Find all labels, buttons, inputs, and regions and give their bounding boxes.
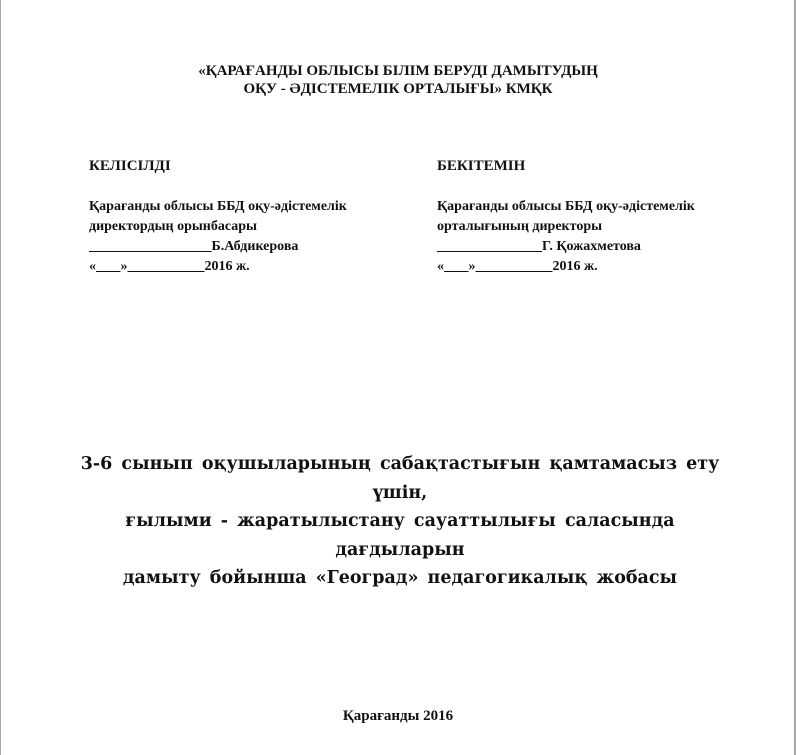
agreed-date-line: « » 2016 ж. [89,257,399,277]
footer-place-year: Қарағанды 2016 [0,708,796,725]
agreed-org-line-2: директордың орынбасары [89,217,399,237]
approved-signer-name: Г. Қожахметова [542,239,641,254]
approved-org-line-1: Қарағанды облысы ББД оқу-әдістемелік [437,197,747,217]
agreed-month-blank [128,259,205,274]
date-open-quote: « [89,259,96,274]
agreed-signature-blank [89,239,212,254]
approved-date-line: « » 2016 ж. [437,257,747,277]
project-title-line-1: 3-6 сынып оқушыларының сабақтастығын қам… [60,450,740,507]
approved-title: БЕКІТЕМІН [437,156,747,176]
project-title: 3-6 сынып оқушыларының сабақтастығын қам… [60,450,740,593]
approved-year: 2016 ж. [553,259,598,274]
agreed-signature-line: Б.Абдикерова [89,237,399,257]
date-open-quote: « [437,259,444,274]
agreed-day-blank [96,259,121,274]
approved-month-blank [476,259,553,274]
organization-header: «ҚАРАҒАНДЫ ОБЛЫСЫ БІЛІМ БЕРУДІ ДАМЫТУДЫҢ… [0,62,796,98]
agreed-year: 2016 ж. [205,259,250,274]
approved-signature-line: Г. Қожахметова [437,237,747,257]
agreed-title: КЕЛІСІЛДІ [89,156,399,176]
agreed-org-line-1: Қарағанды облысы ББД оқу-әдістемелік [89,197,399,217]
organization-header-line-1: «ҚАРАҒАНДЫ ОБЛЫСЫ БІЛІМ БЕРУДІ ДАМЫТУДЫҢ [0,62,796,80]
date-close-quote: » [121,259,128,274]
date-close-quote: » [469,259,476,274]
approved-org-line-2: орталығының директоры [437,217,747,237]
project-title-line-2: ғылыми - жаратылыстану сауаттылығы салас… [60,507,740,564]
page-border-left [0,0,1,755]
approved-day-blank [444,259,469,274]
approved-block: БЕКІТЕМІН Қарағанды облысы ББД оқу-әдіст… [437,156,747,277]
project-title-line-3: дамыту бойынша «Геоград» педагогикалық ж… [60,564,740,593]
organization-header-line-2: ОҚУ - ӘДІСТЕМЕЛІК ОРТАЛЫҒЫ» КМҚК [0,80,796,98]
approved-signature-blank [437,239,542,254]
agreed-signer-name: Б.Абдикерова [212,239,299,254]
agreed-block: КЕЛІСІЛДІ Қарағанды облысы ББД оқу-әдіст… [89,156,399,277]
